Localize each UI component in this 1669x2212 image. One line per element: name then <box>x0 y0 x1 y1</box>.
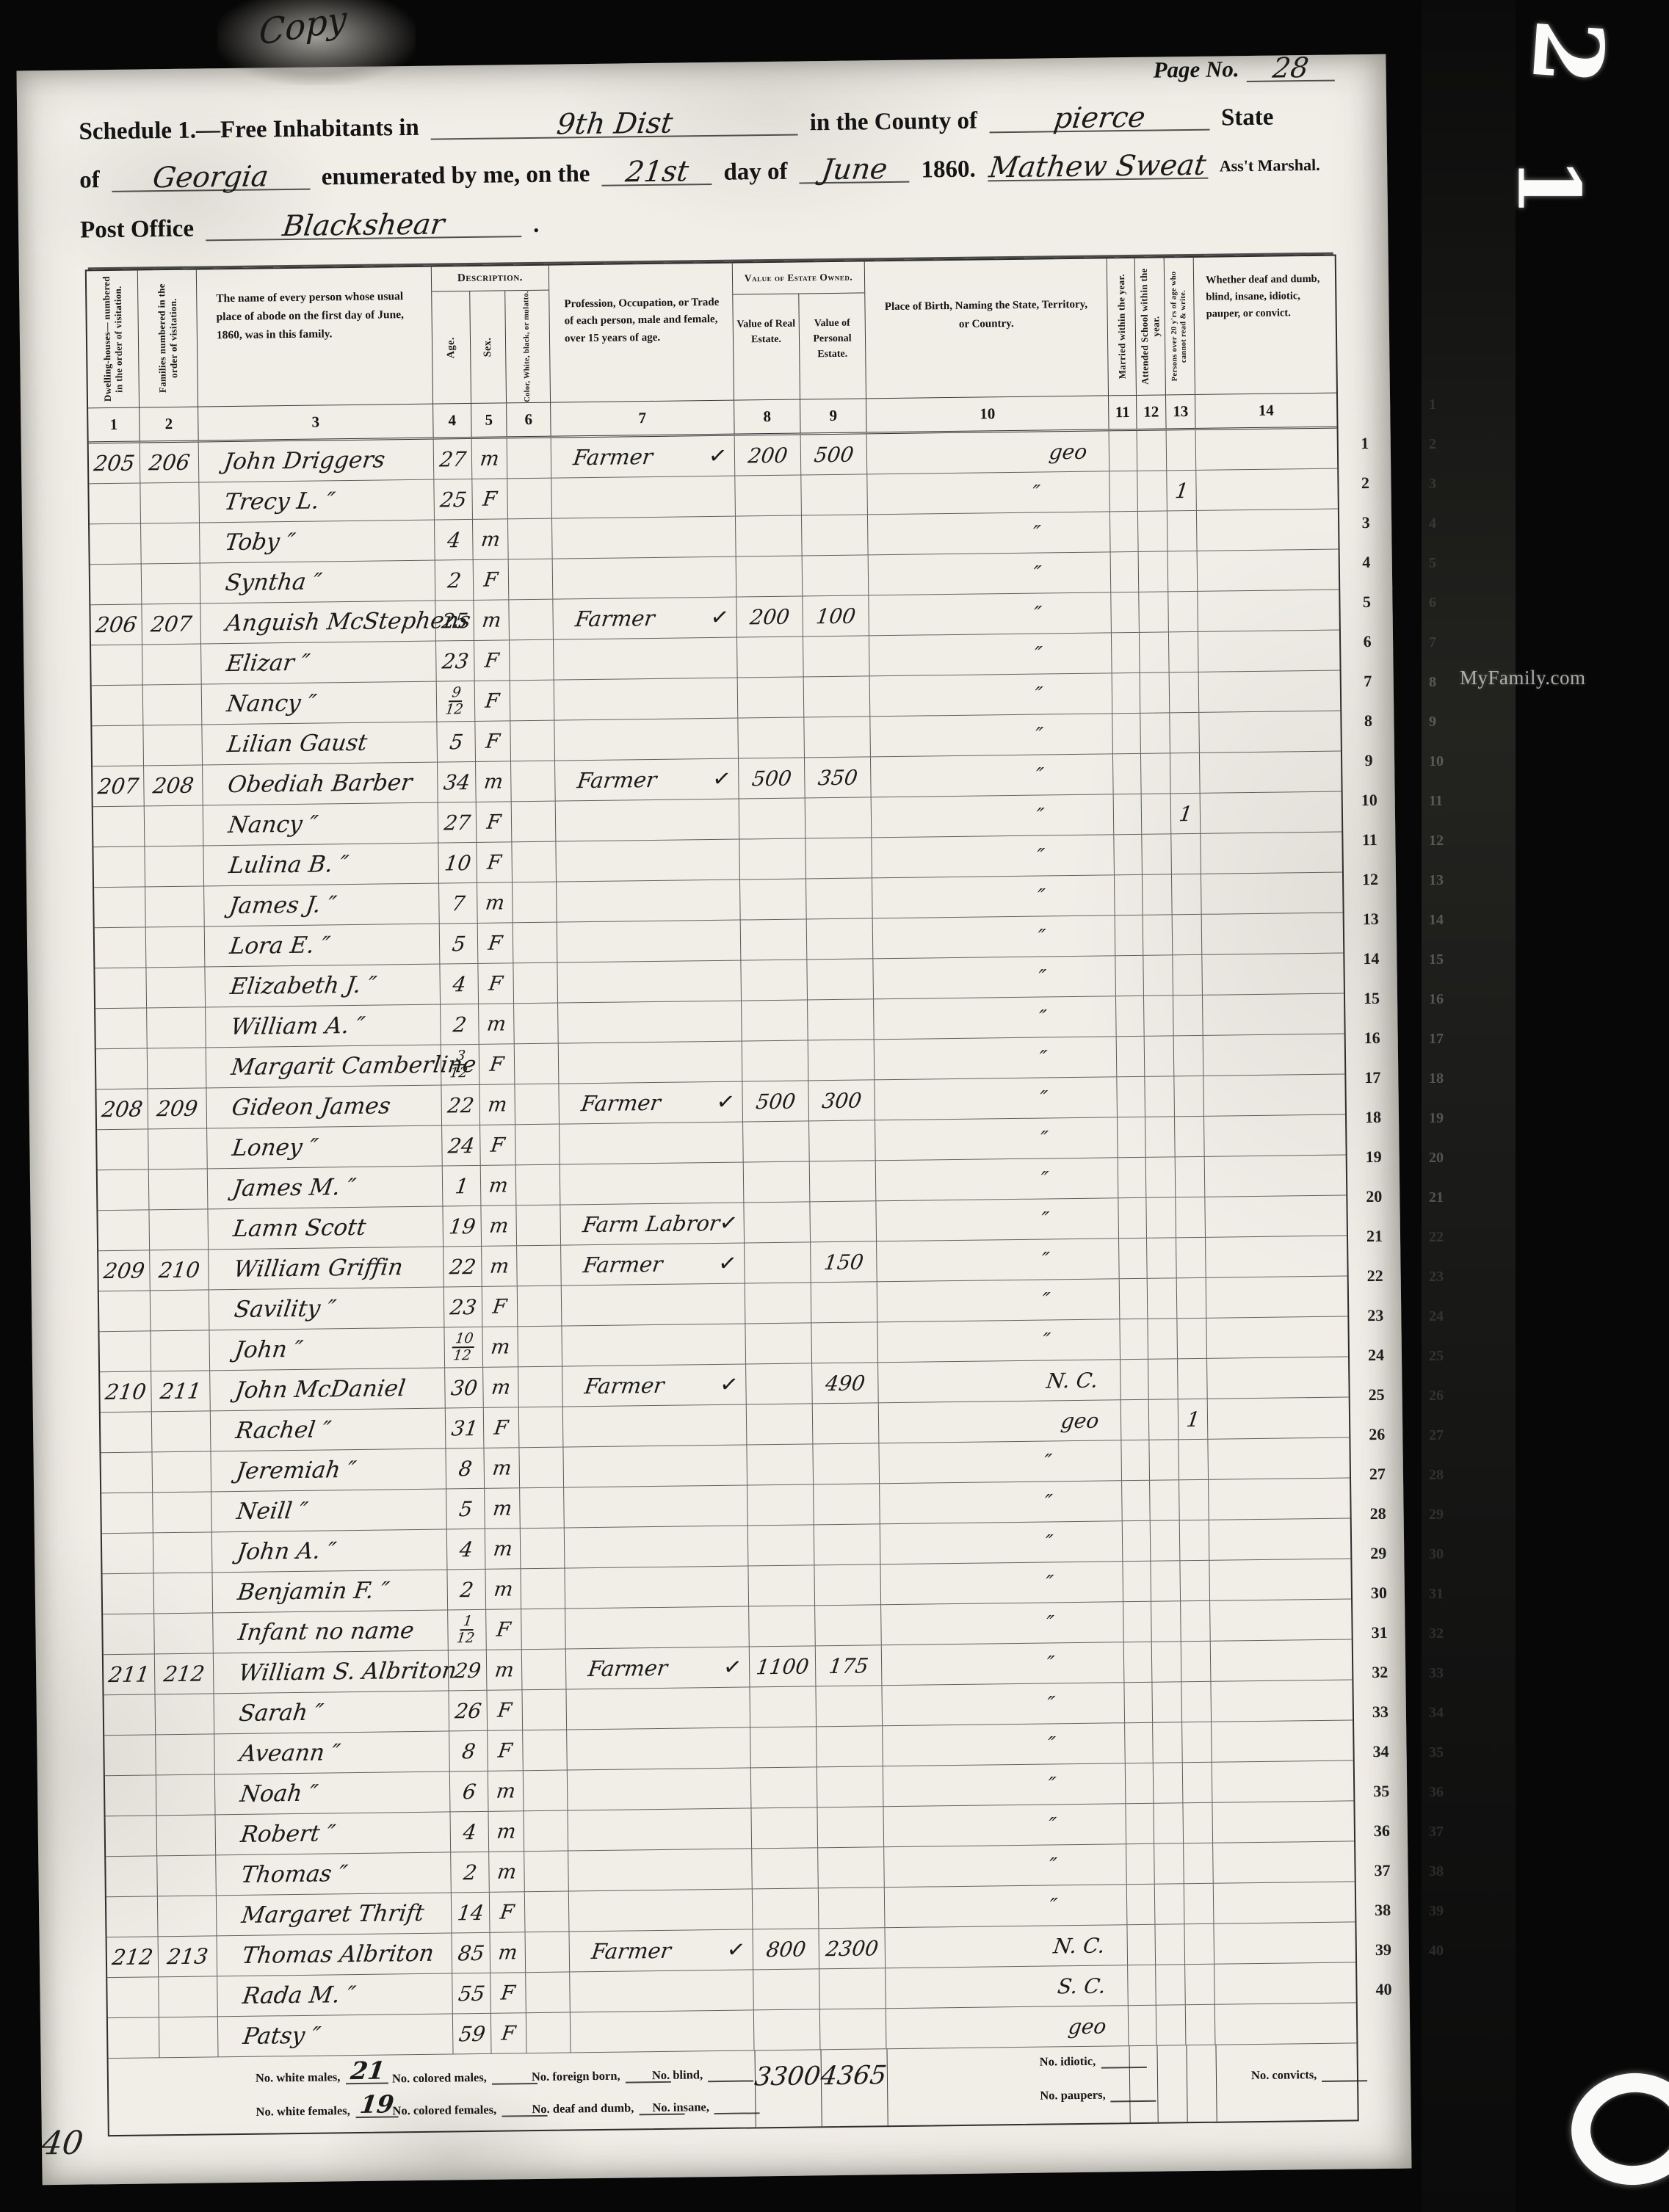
person-name: John Driggers <box>222 446 387 475</box>
cell-family: 213 <box>159 1936 218 1976</box>
cell-dwelling <box>92 685 144 725</box>
cell-married <box>1109 431 1138 471</box>
age-value: 24 <box>446 1133 476 1157</box>
cell-age: 5 <box>440 924 479 964</box>
month-line: June <box>799 157 909 184</box>
ditto-mark: ″ <box>1035 924 1046 949</box>
cell-attended-school <box>1142 834 1172 874</box>
cell-personal-estate <box>809 1120 876 1161</box>
cell-dwelling <box>96 1048 148 1089</box>
cell-real-estate <box>748 1525 815 1565</box>
age-fraction: 912 <box>445 686 467 717</box>
cell-age: 4 <box>440 964 479 1004</box>
cell-real-estate <box>746 1363 813 1404</box>
sex-value: m <box>479 447 501 470</box>
cell-family <box>140 483 200 523</box>
cell-age: 8 <box>449 1731 488 1772</box>
ghost-row-number: 4 <box>1429 515 1436 532</box>
header-estate-group: Value of Estate Owned. Value of Real Est… <box>733 261 866 399</box>
person-name: Margaret Thrift <box>240 1900 426 1929</box>
header-place-of-birth: Place of Birth, Naming the State, Territ… <box>865 258 1109 398</box>
cell-family <box>153 1573 213 1613</box>
ghost-row-number: 18 <box>1429 1070 1444 1087</box>
cell-remarks <box>1199 711 1341 753</box>
occupation-value: Farmer <box>572 444 654 470</box>
cell-place-of-birth: S. C. <box>886 1965 1129 2008</box>
cell-real-estate <box>751 1767 818 1807</box>
sex-value: m <box>484 891 506 914</box>
cell-name: Obediah Barber <box>203 763 438 805</box>
col-no-2: 2 <box>140 407 199 441</box>
cell-personal-estate <box>813 1403 880 1443</box>
cell-age: 4 <box>450 1812 489 1852</box>
occupation-value: Farmer <box>573 606 656 631</box>
ditto-mark: ″ <box>1038 1167 1049 1191</box>
margin-row-number: 3 <box>1340 503 1392 543</box>
cell-attended-school <box>1140 672 1170 712</box>
estate-group-label: Value of Estate Owned. <box>733 261 865 294</box>
cell-dwelling <box>104 1735 156 1775</box>
person-name: Lilian Gaust <box>225 730 369 758</box>
cell-age: 27 <box>434 439 473 479</box>
ditto-mark: ″ <box>1044 1611 1055 1635</box>
cell-occupation <box>557 880 741 922</box>
cell-real-estate: 200 <box>735 435 802 475</box>
cell-age: 24 <box>442 1125 481 1166</box>
cell-remarks <box>1203 1034 1345 1076</box>
cell-dwelling <box>91 645 143 685</box>
cell-cannot-read <box>1171 834 1201 874</box>
film-digit-1: 1 <box>1498 157 1598 217</box>
ditto-mark: ″ <box>1040 1328 1051 1352</box>
sex-value: m <box>488 1255 510 1277</box>
person-name: Obediah Barber <box>226 769 413 798</box>
person-name: Thomas Albriton <box>241 1940 436 1969</box>
ghost-row-number: 26 <box>1429 1388 1444 1404</box>
sex-value: m <box>485 1012 507 1035</box>
cell-married <box>1126 1844 1155 1884</box>
cell-real-estate <box>744 1161 811 1202</box>
cell-real-estate <box>749 1606 816 1646</box>
cell-cannot-read: 1 <box>1167 471 1197 510</box>
cell-married <box>1122 1481 1151 1520</box>
cell-personal-estate <box>814 1524 881 1564</box>
cell-married <box>1109 471 1138 511</box>
cell-cannot-read <box>1173 955 1203 995</box>
ditto-mark: ″ <box>1037 1005 1048 1029</box>
person-name: Margarit Camberline <box>230 1051 478 1081</box>
census-sheet: Page No. 28 Schedule 1.—Free Inhabitants… <box>16 54 1411 2186</box>
cell-family <box>156 1694 215 1734</box>
age-value: 5 <box>457 1497 474 1521</box>
ditto-mark: ″ <box>1037 1045 1048 1070</box>
cell-name: Sarah ″ <box>214 1691 450 1733</box>
dwelling-number: 205 <box>93 451 137 476</box>
cell-married <box>1117 1037 1145 1076</box>
age-value: 31 <box>450 1415 479 1440</box>
person-name: James M. ″ <box>231 1174 358 1202</box>
col-no-1: 1 <box>88 407 140 441</box>
family-number: 207 <box>149 612 193 637</box>
cell-personal-estate <box>808 999 875 1040</box>
cell-real-estate <box>741 919 808 960</box>
ditto-mark: ″ <box>1030 480 1041 504</box>
header-name-text: The name of every person whose usual pla… <box>197 267 432 345</box>
cell-remarks <box>1209 1518 1351 1559</box>
cell-color <box>524 1851 569 1891</box>
cell-color <box>512 842 557 882</box>
ghost-row-number: 40 <box>1429 1943 1444 1959</box>
age-value: 14 <box>456 1900 485 1924</box>
age-value: 23 <box>441 649 470 673</box>
cell-married <box>1113 754 1142 794</box>
cell-name: Rachel ″ <box>211 1408 446 1451</box>
person-name: Jeremiah ″ <box>234 1457 358 1484</box>
cell-family <box>145 846 204 886</box>
cell-remarks <box>1202 954 1344 995</box>
ditto-mark: ″ <box>1040 1247 1051 1272</box>
cell-remarks <box>1202 913 1344 954</box>
occupation-value: Farmer <box>576 767 658 793</box>
cell-remarks <box>1207 1357 1349 1398</box>
cell-color <box>513 963 558 1004</box>
occupation-value: Farmer <box>587 1656 669 1681</box>
age-value: 2 <box>462 1860 478 1885</box>
county-label: in the County of <box>810 108 978 135</box>
cell-remarks <box>1214 1882 1355 1923</box>
cell-name: Syntha ″ <box>200 561 436 603</box>
age-value: 25 <box>440 609 469 633</box>
schedule-title-line-2: of Georgia enumerated by me, on the 21st… <box>75 152 1325 193</box>
cell-family <box>152 1411 211 1451</box>
tally-check-mark: ✓ <box>725 1936 747 1964</box>
cell-family <box>146 926 206 967</box>
cell-occupation <box>568 1849 753 1890</box>
cell-color <box>523 1730 568 1771</box>
col-no-4: 4 <box>433 404 472 438</box>
cell-personal-estate: 100 <box>803 595 869 636</box>
cell-place-of-birth: ″ <box>877 1239 1120 1281</box>
cell-place-of-birth: N. C. <box>878 1360 1121 1402</box>
cell-family <box>152 1451 211 1492</box>
cell-married <box>1123 1521 1151 1561</box>
cell-personal-estate <box>802 515 869 555</box>
cell-occupation <box>566 1687 750 1729</box>
post-office-label: Post Office <box>80 216 194 243</box>
cell-occupation: Farmer✓ <box>551 436 736 478</box>
cell-real-estate <box>743 1121 810 1161</box>
cell-remarks <box>1206 1276 1348 1317</box>
margin-row-number: 22 <box>1349 1256 1401 1297</box>
cell-personal-estate <box>808 1040 875 1080</box>
sex-value: m <box>490 1376 512 1399</box>
dwelling-number: 206 <box>94 612 138 638</box>
cell-attended-school <box>1149 1440 1179 1479</box>
ghost-row-number: 36 <box>1429 1784 1444 1801</box>
cell-real-estate <box>748 1565 815 1606</box>
age-value: 5 <box>448 730 464 754</box>
cell-color <box>512 802 557 842</box>
cell-attended-school <box>1137 430 1167 470</box>
dwelling-number: 210 <box>104 1379 148 1404</box>
col-no-10: 10 <box>866 396 1109 432</box>
person-name: Infant no name <box>236 1617 416 1646</box>
cell-family <box>149 1209 209 1250</box>
personal-estate-value: 100 <box>814 603 857 628</box>
cell-real-estate: 800 <box>753 1929 819 1969</box>
cell-dwelling: 212 <box>107 1937 159 1977</box>
tally-check-mark: ✓ <box>722 1653 743 1681</box>
cell-attended-school <box>1149 1399 1179 1439</box>
cell-place-of-birth: ″ <box>875 1037 1118 1079</box>
cell-color <box>521 1529 565 1569</box>
cell-sex: m <box>482 1327 518 1367</box>
sex-value: F <box>500 2022 517 2045</box>
cell-sex: F <box>477 802 513 842</box>
cell-name: Nancy ″ <box>202 682 438 725</box>
header-profession: Profession, Occupation, or Trade of each… <box>549 264 734 402</box>
cell-age: 2 <box>451 1852 490 1893</box>
cell-family <box>153 1532 213 1573</box>
adjacent-page-strip: 1234567891011121314151617181920212223242… <box>1422 0 1516 2212</box>
cell-remarks <box>1196 469 1338 510</box>
cell-dwelling: 208 <box>96 1089 148 1129</box>
cell-attended-school <box>1142 794 1172 833</box>
cell-family: 211 <box>151 1371 211 1411</box>
cell-cannot-read <box>1175 1117 1205 1156</box>
cell-family <box>146 967 206 1007</box>
cell-married <box>1115 956 1144 996</box>
cell-remarks <box>1215 2003 1357 2044</box>
cell-sex: m <box>489 1852 525 1892</box>
age-value: 22 <box>446 1092 475 1117</box>
cell-color <box>514 1004 559 1044</box>
cell-remarks <box>1198 631 1340 672</box>
cell-married <box>1118 1198 1147 1238</box>
cell-sex: m <box>483 1367 519 1407</box>
age-value: 2 <box>458 1578 474 1602</box>
cell-occupation: Farmer✓ <box>561 1244 745 1286</box>
person-name: Trecy L. ″ <box>222 487 336 515</box>
margin-row-number: 35 <box>1355 1772 1408 1812</box>
cell-name: Gideon James <box>206 1086 442 1128</box>
person-name: Neill ″ <box>235 1498 309 1525</box>
margin-row-number: 9 <box>1343 741 1395 781</box>
cell-age: 4 <box>435 520 474 560</box>
cell-occupation <box>568 1768 752 1810</box>
cell-color <box>524 1771 568 1811</box>
cell-age: 912 <box>437 681 476 722</box>
sex-value: F <box>483 649 500 672</box>
cell-family <box>156 1734 215 1774</box>
cell-real-estate <box>747 1444 814 1484</box>
cell-attended-school <box>1143 915 1173 954</box>
cell-family <box>149 1169 209 1209</box>
cell-cannot-read <box>1173 996 1203 1035</box>
total-real-estate: 3300 <box>755 2061 821 2092</box>
sex-value: F <box>482 487 499 510</box>
age-value: 26 <box>453 1698 482 1722</box>
person-name: Robert ″ <box>239 1820 338 1848</box>
cell-attended-school <box>1148 1278 1178 1318</box>
cell-personal-estate <box>820 2009 887 2049</box>
personal-estate-value: 175 <box>828 1653 870 1678</box>
person-name: Rachel ″ <box>234 1416 333 1444</box>
sex-value: m <box>496 1820 518 1843</box>
cell-dwelling <box>99 1291 151 1331</box>
cell-attended-school <box>1143 874 1173 914</box>
cell-attended-school <box>1152 1642 1182 1681</box>
cell-dwelling: 205 <box>89 443 141 483</box>
cell-real-estate <box>736 515 803 556</box>
cell-personal-estate <box>803 636 870 676</box>
sex-value: F <box>491 1295 508 1318</box>
sex-value: F <box>496 1699 513 1722</box>
cell-remarks <box>1198 590 1339 631</box>
cell-cannot-read <box>1180 1520 1210 1560</box>
cell-name: John ″ <box>209 1328 445 1371</box>
age-value: 2 <box>446 568 462 592</box>
sex-value: m <box>486 1093 508 1116</box>
cell-real-estate <box>739 838 806 879</box>
person-name: Benjamin F. ″ <box>236 1577 391 1606</box>
cell-sex: m <box>485 1529 521 1569</box>
cell-attended-school <box>1150 1480 1180 1520</box>
ghost-row-number: 33 <box>1429 1665 1444 1682</box>
cell-age: 1012 <box>444 1327 483 1368</box>
age-value: 4 <box>458 1537 474 1562</box>
cell-personal-estate <box>817 1807 884 1847</box>
cell-place-of-birth: ″ <box>869 552 1112 595</box>
margin-row-number: 40 <box>1358 1970 1410 2010</box>
cell-cannot-read <box>1173 915 1203 954</box>
cell-sex: m <box>485 1488 521 1529</box>
cell-name: Noah ″ <box>215 1772 451 1814</box>
cell-family: 206 <box>140 443 200 483</box>
cell-age: 30 <box>445 1368 484 1408</box>
cell-place-of-birth: geo <box>886 2006 1129 2048</box>
cell-sex: F <box>479 1044 515 1084</box>
year-label: 1860. <box>921 156 976 183</box>
ditto-mark: ″ <box>1034 763 1045 787</box>
cell-name: Savility ″ <box>209 1288 445 1330</box>
person-name: Toby ″ <box>223 529 297 556</box>
cell-occupation <box>556 840 740 882</box>
person-name: Loney ″ <box>231 1134 319 1161</box>
margin-row-number: 20 <box>1348 1177 1400 1217</box>
cell-dwelling <box>98 1210 150 1250</box>
enumerated-label: enumerated by me, on the <box>322 161 590 189</box>
cell-name: Patsy ″ <box>218 2014 454 2056</box>
cell-family <box>147 1007 206 1048</box>
cell-place-of-birth: ″ <box>877 1319 1120 1362</box>
cell-sex: m <box>479 1004 515 1044</box>
cell-married <box>1120 1279 1148 1319</box>
cell-occupation: Farmer✓ <box>553 598 737 639</box>
cell-personal-estate <box>816 1686 883 1726</box>
cell-cannot-read <box>1181 1601 1211 1641</box>
cell-married <box>1129 2006 1157 2045</box>
ghost-row-number: 9 <box>1429 714 1436 730</box>
cell-place-of-birth: ″ <box>884 1844 1127 1887</box>
margin-row-number: 34 <box>1355 1732 1407 1772</box>
cell-name: Margarit Camberline <box>206 1045 442 1088</box>
cell-attended-school <box>1140 713 1170 753</box>
cell-attended-school <box>1148 1319 1178 1358</box>
cell-family: 212 <box>155 1653 214 1694</box>
cell-personal-estate <box>806 878 873 918</box>
cell-occupation: Farmer✓ <box>559 1082 743 1124</box>
cell-married <box>1116 996 1145 1036</box>
colored-females-label: No. colored females, <box>392 2102 547 2119</box>
age-value: 29 <box>453 1658 482 1682</box>
margin-row-number: 16 <box>1346 1018 1398 1059</box>
cell-cannot-read <box>1181 1642 1212 1681</box>
cell-family <box>158 1896 217 1936</box>
cell-married <box>1117 1077 1145 1117</box>
cell-remarks <box>1201 873 1343 914</box>
cell-name: William S. Albriton <box>214 1650 449 1693</box>
cell-color <box>525 1891 570 1932</box>
cell-occupation <box>553 557 737 599</box>
ghost-row-number: 30 <box>1429 1546 1444 1563</box>
ghost-row-number: 6 <box>1429 595 1436 612</box>
white-males-label: No. white males, 21 <box>256 2061 389 2086</box>
cell-color <box>511 761 556 802</box>
cell-family: 207 <box>142 603 201 644</box>
cell-married <box>1118 1117 1146 1157</box>
cell-name: James M. ″ <box>208 1167 444 1209</box>
cell-color <box>508 519 553 559</box>
ghost-row-number: 14 <box>1429 912 1444 929</box>
cell-family <box>153 1492 212 1532</box>
cell-place-of-birth: ″ <box>880 1521 1123 1564</box>
ditto-mark: ″ <box>1034 803 1045 827</box>
cell-remarks <box>1200 752 1342 793</box>
cell-attended-school <box>1148 1359 1179 1399</box>
cell-personal-estate <box>803 555 869 595</box>
cell-cannot-read <box>1181 1682 1212 1722</box>
ghost-row-number: 25 <box>1429 1348 1444 1365</box>
cell-age: 85 <box>452 1933 491 1973</box>
cell-real-estate <box>735 475 802 515</box>
cell-cannot-read <box>1176 1238 1206 1277</box>
cell-personal-estate <box>813 1443 880 1484</box>
cell-family <box>145 805 204 846</box>
cell-attended-school <box>1154 1803 1184 1843</box>
ditto-mark: ″ <box>1032 601 1043 625</box>
post-office-value: Blackshear <box>281 212 446 239</box>
cell-cannot-read <box>1170 713 1200 753</box>
cell-age: 112 <box>448 1610 487 1650</box>
district-value: 9th Dist <box>555 112 674 137</box>
ditto-mark: ″ <box>1048 1893 1059 1918</box>
margin-row-number: 2 <box>1339 463 1391 504</box>
cell-color <box>518 1286 562 1327</box>
county-line: pierce <box>989 105 1209 134</box>
person-name: John A. ″ <box>236 1537 338 1565</box>
cell-married <box>1118 1158 1147 1197</box>
cell-real-estate <box>747 1404 814 1444</box>
real-estate-value: 1100 <box>755 1654 810 1679</box>
ghost-row-number: 28 <box>1429 1467 1444 1484</box>
cell-remarks <box>1209 1559 1351 1600</box>
col-no-3: 3 <box>198 405 434 440</box>
cell-place-of-birth: ″ <box>868 512 1111 554</box>
header-sex: Sex. <box>470 291 507 403</box>
sex-value: m <box>491 1497 513 1520</box>
cell-name: Margaret Thrift <box>217 1893 452 1935</box>
